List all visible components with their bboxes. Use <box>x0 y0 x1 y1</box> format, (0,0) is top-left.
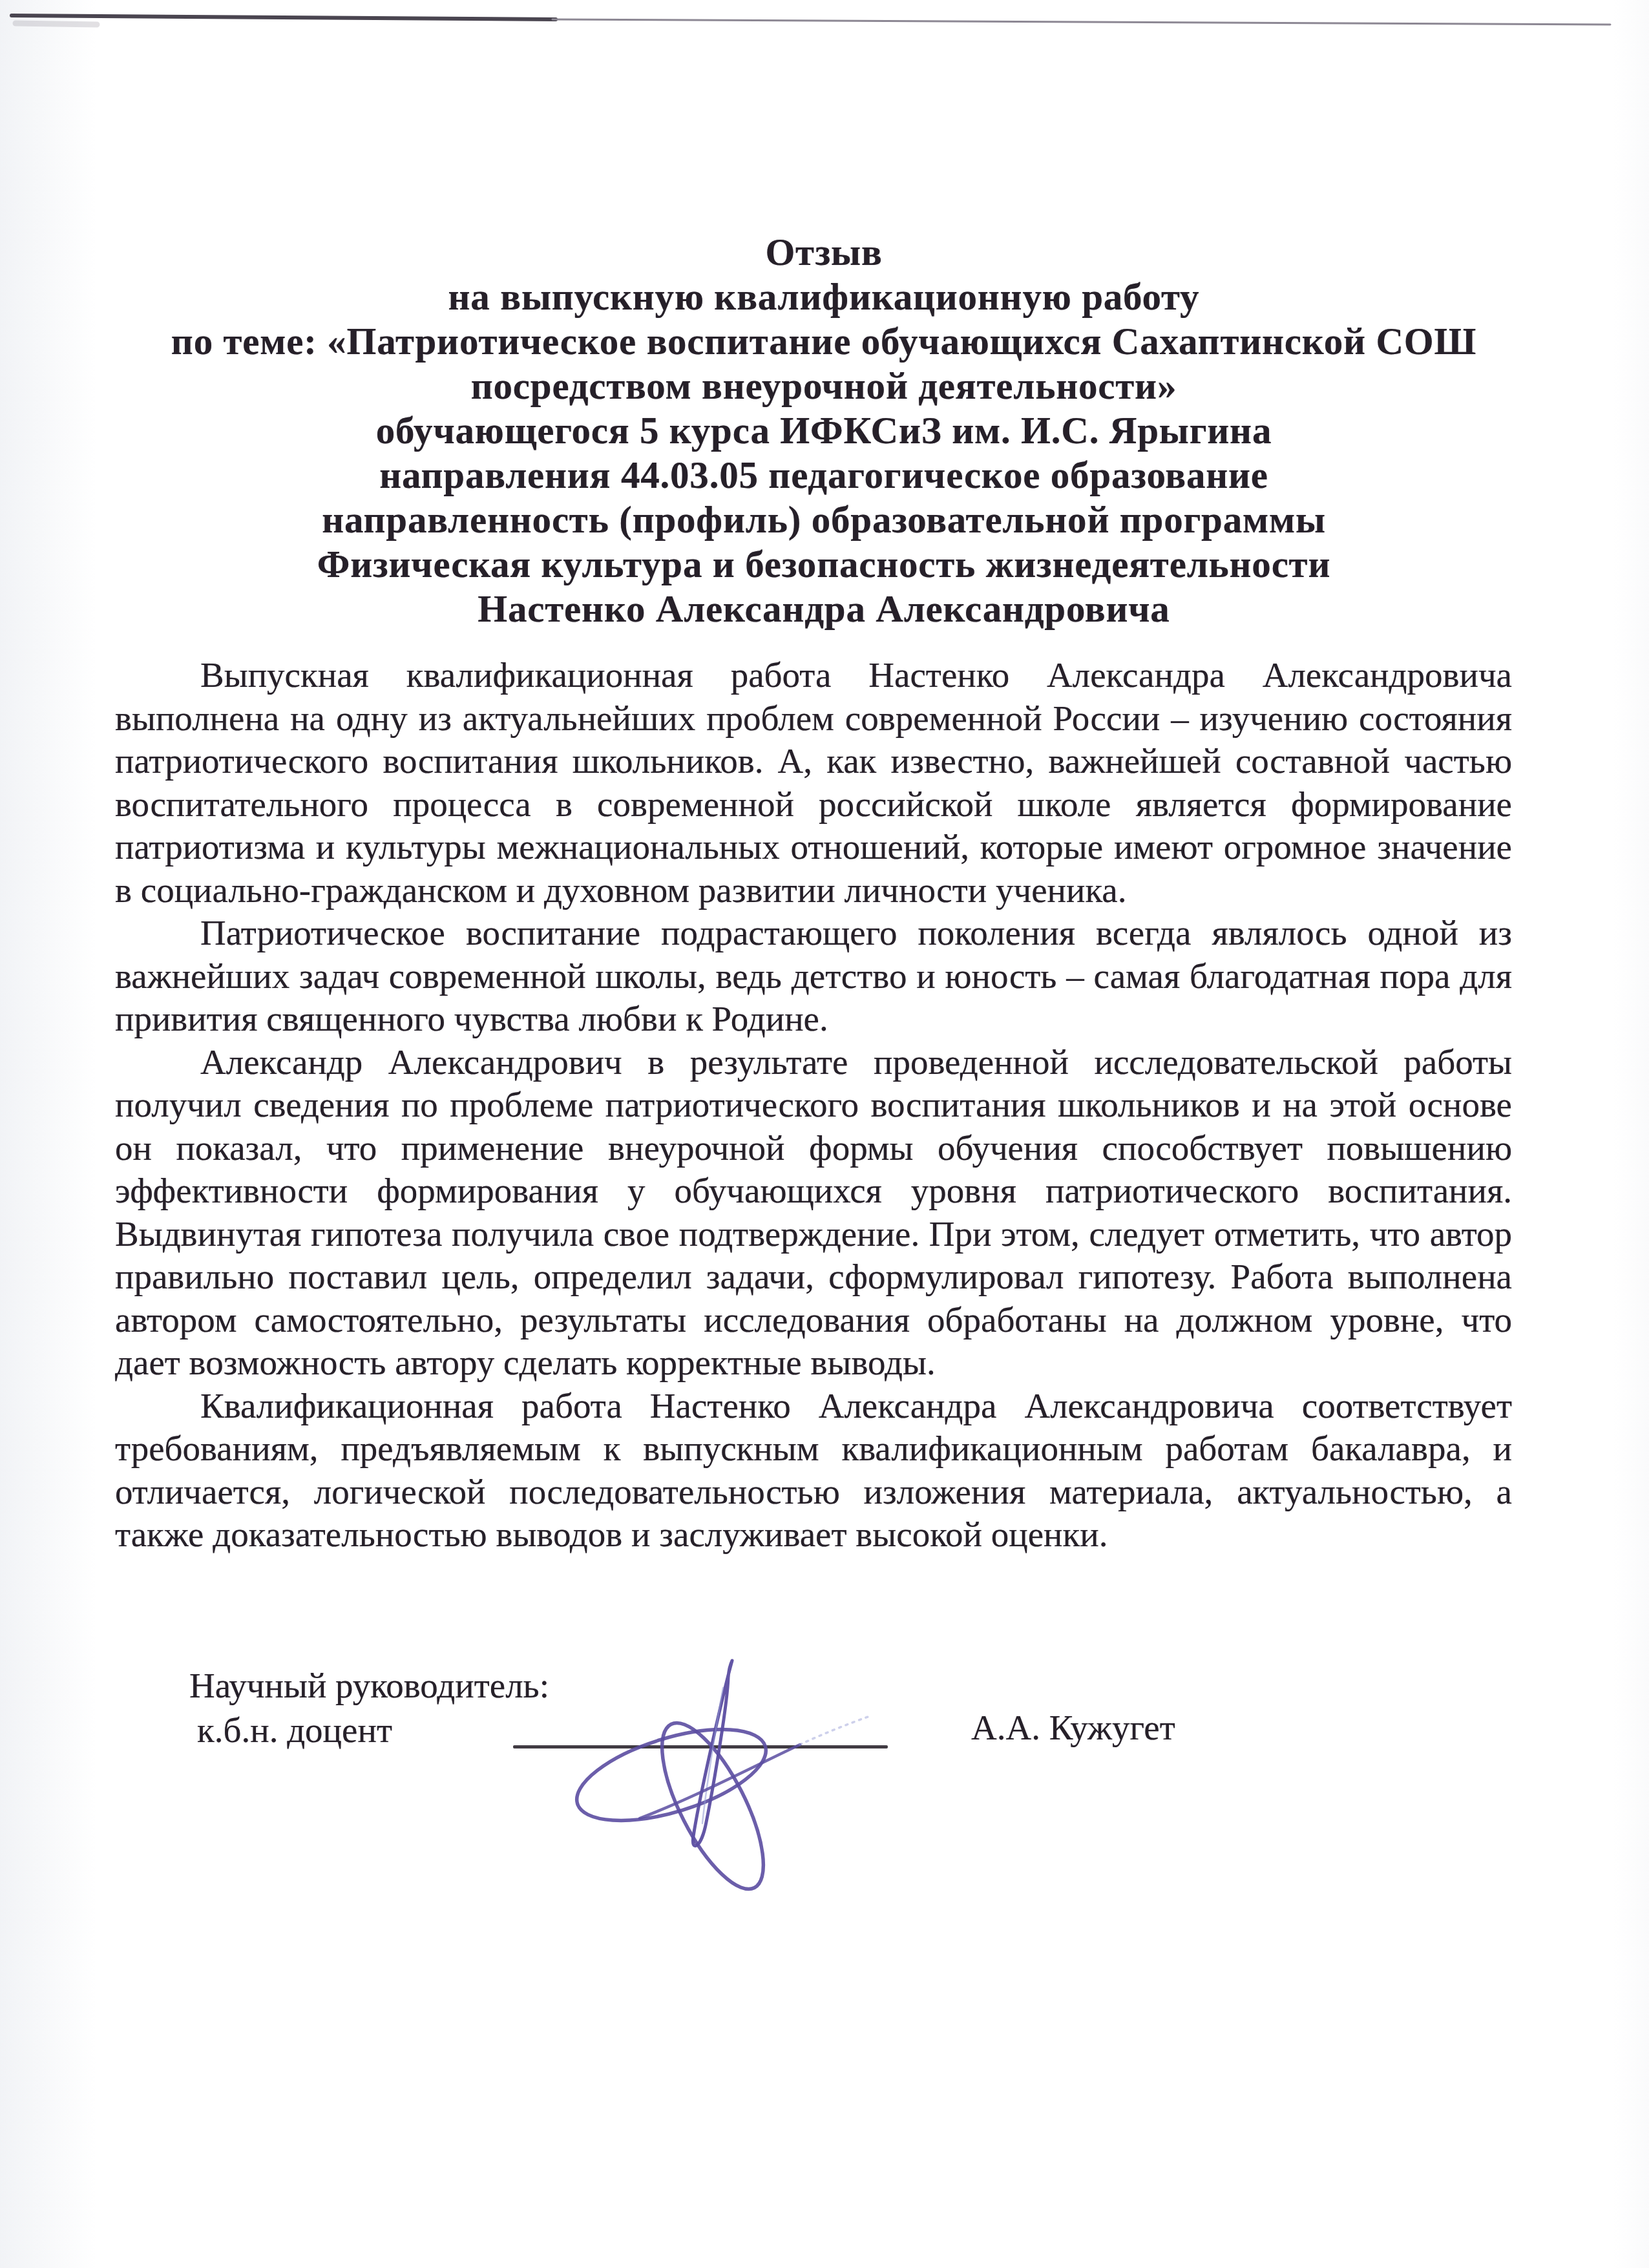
supervisor-degree-label: к.б.н. доцент <box>197 1709 392 1752</box>
title-line: Отзыв <box>123 230 1525 275</box>
scan-smudge <box>16 23 97 25</box>
title-line: направления 44.03.05 педагогическое обра… <box>123 453 1525 498</box>
title-line: на выпускную квалификационную работу <box>123 275 1525 319</box>
review-body: Выпускная квалификационная работа Настен… <box>115 654 1512 1557</box>
review-paragraph: Выпускная квалификационная работа Настен… <box>115 654 1512 912</box>
review-paragraph: Александр Александрович в результате про… <box>115 1041 1512 1385</box>
supervisor-role-label: Научный руководитель: <box>189 1664 549 1707</box>
title-line: направленность (профиль) образовательной… <box>123 498 1525 542</box>
supervisor-name: А.А. Кужугет <box>971 1706 1175 1749</box>
review-paragraph: Патриотическое воспитание подрастающего … <box>115 912 1512 1041</box>
title-line: Физическая культура и безопасность жизне… <box>123 542 1525 587</box>
scan-line-thick-segment <box>12 16 556 19</box>
document-title-block: Отзыв на выпускную квалификационную рабо… <box>123 230 1525 631</box>
scan-artifact-line <box>0 0 1649 90</box>
signature-ink <box>543 1648 905 1951</box>
signature-loop-left <box>567 1711 776 1839</box>
signature-tail-fade <box>800 1716 870 1745</box>
title-line: Настенко Александра Александровича <box>123 587 1525 631</box>
title-line: посредством внеурочной деятельности» <box>123 364 1525 408</box>
title-line: обучающегося 5 курса ИФКСиЗ им. И.С. Яры… <box>123 408 1525 453</box>
review-paragraph: Квалификационная работа Настенко Алексан… <box>115 1385 1512 1557</box>
scanned-review-page: Отзыв на выпускную квалификационную рабо… <box>0 0 1649 2268</box>
title-line: по теме: «Патриотическое воспитание обуч… <box>123 319 1525 364</box>
scan-line-thin-segment <box>552 19 1610 25</box>
